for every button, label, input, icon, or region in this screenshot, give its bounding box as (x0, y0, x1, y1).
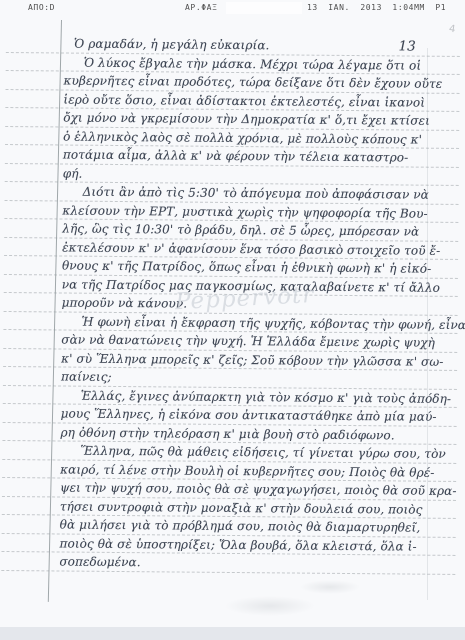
fax-number-label: ΑΡ.ΦΑΞ (185, 3, 218, 12)
scan-smudge (225, 596, 315, 616)
scanner-bed-edge (0, 627, 465, 640)
page-title: Ὁ ραμαδάν, ἡ μεγάλη εὐκαιρία. (64, 37, 270, 53)
scan-artifact: 4 (448, 24, 456, 36)
scan-smudge (300, 580, 360, 594)
redacted-area (226, 2, 302, 14)
handwritten-line: σοπεδωμένα. (1, 552, 455, 574)
text-rows: Ὁ ραμαδάν, ἡ μεγάλη εὐκαιρία. 13 Ὁ λύκος… (1, 34, 460, 574)
page-number: 13 (398, 37, 416, 56)
fax-datetime: 13 ΙΑΝ. 2013 1:04ΜΜ Ρ1 (307, 3, 446, 12)
fax-from-label: ΑΠΟ:D (28, 3, 55, 12)
handwritten-content: Ὁ ραμαδάν, ἡ μεγάλη εὐκαιρία. 13 Ὁ λύκος… (1, 34, 460, 574)
scanned-page: ΑΠΟ:D ΑΡ.ΦΑΞ 13 ΙΑΝ. 2013 1:04ΜΜ Ρ1 4 Ὁ … (0, 0, 465, 627)
fax-header: ΑΠΟ:D ΑΡ.ΦΑΞ 13 ΙΑΝ. 2013 1:04ΜΜ Ρ1 (0, 3, 465, 17)
